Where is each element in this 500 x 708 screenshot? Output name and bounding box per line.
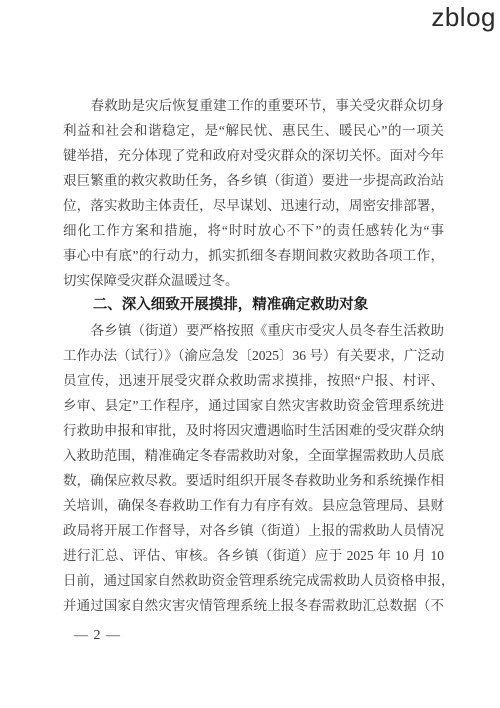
section-heading: 二、深入细致开展摸排，精准确定救助对象 [63, 293, 444, 318]
document-line: 利益和社会和谐稳定，是“解民忧、惠民生、暖民心”的一项关 [63, 118, 444, 143]
document-line: 政局将开展工作督导，对各乡镇（街道）上报的需救助人员情况 [63, 518, 444, 543]
document-line: 关培训，确保冬春救助工作有力有序有效。县应急管理局、县财 [63, 493, 444, 518]
document-page: zblog 春救助是灾后恢复重建工作的重要环节，事关受灾群众切身 利益和社会和谐… [0, 0, 500, 708]
document-line: 艰巨繁重的救灾救助任务，各乡镇（街道）要进一步提高政治站 [63, 168, 444, 193]
document-line: 日前，通过国家自然救助资金管理系统完成需救助人员资格申报， [63, 568, 444, 593]
document-line: 细化工作方案和措施，将“时时放心不下”的责任感转化为“事 [63, 218, 444, 243]
document-line: 进行汇总、评估、审核。各乡镇（街道）应于 2025 年 10 月 10 [63, 543, 444, 568]
document-body: 春救助是灾后恢复重建工作的重要环节，事关受灾群众切身 利益和社会和谐稳定，是“解… [63, 93, 444, 618]
document-line: 数，确保应救尽救。要适时组织开展冬春救助业务和系统操作相 [63, 468, 444, 493]
document-line: 位，落实救助主体责任，尽早谋划、迅速行动，周密安排部署， [63, 193, 444, 218]
document-line: 春救助是灾后恢复重建工作的重要环节，事关受灾群众切身 [63, 93, 444, 118]
document-line: 工作办法（试行）》（渝应急发〔2025〕36 号）有关要求，广泛动 [63, 343, 444, 368]
document-line: 各乡镇（街道）要严格按照《重庆市受灾人员冬春生活救助 [63, 318, 444, 343]
document-line: 切实保障受灾群众温暖过冬。 [63, 268, 444, 293]
document-line: 员宣传，迅速开展受灾群众救助需求摸排，按照“户报、村评、 [63, 368, 444, 393]
document-line: 并通过国家自然灾害灾情管理系统上报冬春需救助汇总数据（不 [63, 593, 444, 618]
document-line: 入救助范围，精准确定冬春需救助对象，全面掌握需救助人员底 [63, 443, 444, 468]
zblog-logo[interactable]: zblog [431, 2, 496, 32]
page-number: — 2 — [74, 626, 121, 646]
document-line: 事心中有底”的行动力，抓实抓细冬春期间救灾救助各项工作， [63, 243, 444, 268]
document-line: 键举措，充分体现了党和政府对受灾群众的深切关怀。面对今年 [63, 143, 444, 168]
document-line: 乡审、县定”工作程序，通过国家自然灾害救助资金管理系统进 [63, 393, 444, 418]
document-line: 行救助申报和审批，及时将因灾遭遇临时生活困难的受灾群众纳 [63, 418, 444, 443]
